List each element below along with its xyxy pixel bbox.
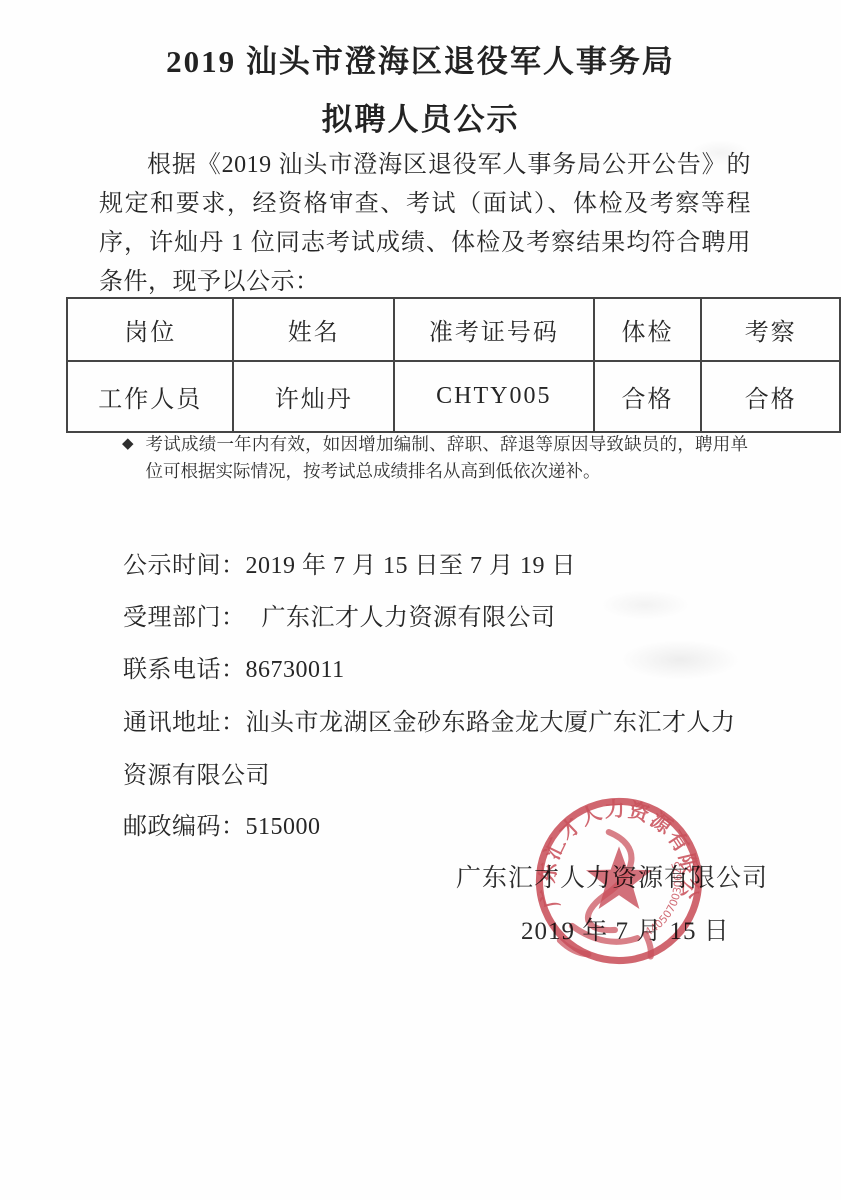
contact-line-phone: 联系电话：86730011 xyxy=(123,644,751,697)
candidate-table: 岗位 姓名 准考证号码 体检 考察 工作人员 许灿丹 CHTY005 合格 合格 xyxy=(66,297,841,433)
table-header-ticket-number: 准考证号码 xyxy=(394,298,594,361)
seal-handwriting-strokes xyxy=(560,832,651,956)
cell-physical: 合格 xyxy=(594,361,702,432)
page-title: 2019 汕头市澄海区退役军人事务局 xyxy=(0,36,841,81)
document-page: 2019 汕头市澄海区退役军人事务局 拟聘人员公示 根据《2019 汕头市澄海区… xyxy=(0,0,841,1200)
cell-position: 工作人员 xyxy=(67,361,233,432)
contact-line-publicity-period: 公示时间：2019 年 7 月 15 日至 7 月 19 日 xyxy=(123,540,751,593)
table-header-inspection: 考察 xyxy=(701,298,840,361)
contact-value: 515000 xyxy=(246,814,321,840)
contact-line-accepting-department: 受理部门：广东汇才人力资源有限公司 xyxy=(123,592,751,645)
contact-label: 联系电话： xyxy=(123,657,246,683)
table-header-name: 姓名 xyxy=(233,298,394,361)
table-row: 工作人员 许灿丹 CHTY005 合格 合格 xyxy=(67,361,840,432)
page-subtitle: 拟聘人员公示 xyxy=(0,94,841,139)
body-paragraph: 根据《2019 汕头市澄海区退役军人事务局公开公告》的规定和要求，经资格审查、考… xyxy=(99,146,751,302)
table-header-row: 岗位 姓名 准考证号码 体检 考察 xyxy=(67,298,840,361)
company-seal-stamp: 广东汇才人力资源有限公司 4405070030625 xyxy=(517,779,721,983)
cell-inspection: 合格 xyxy=(701,361,840,432)
contact-value: 86730011 xyxy=(246,657,345,683)
contact-label: 受理部门： xyxy=(123,605,246,631)
contact-label: 公示时间： xyxy=(123,553,246,579)
contact-label: 通讯地址： xyxy=(123,710,246,736)
footnote-text: 考试成绩一年内有效，如因增加编制、辞职、辞退等原因导致缺员的，聘用单位可根据实际… xyxy=(146,431,748,485)
cell-ticket-number: CHTY005 xyxy=(394,361,594,432)
table-header-position: 岗位 xyxy=(67,298,233,361)
table-header-physical: 体检 xyxy=(594,298,702,361)
contact-value: 2019 年 7 月 15 日至 7 月 19 日 xyxy=(246,553,577,579)
contact-label: 邮政编码： xyxy=(123,814,246,840)
diamond-bullet-icon: ◆ xyxy=(122,431,134,458)
contact-value: 广东汇才人力资源有限公司 xyxy=(262,605,556,631)
footnote: ◆ 考试成绩一年内有效，如因增加编制、辞职、辞退等原因导致缺员的，聘用单位可根据… xyxy=(122,431,748,485)
cell-name: 许灿丹 xyxy=(233,361,394,432)
